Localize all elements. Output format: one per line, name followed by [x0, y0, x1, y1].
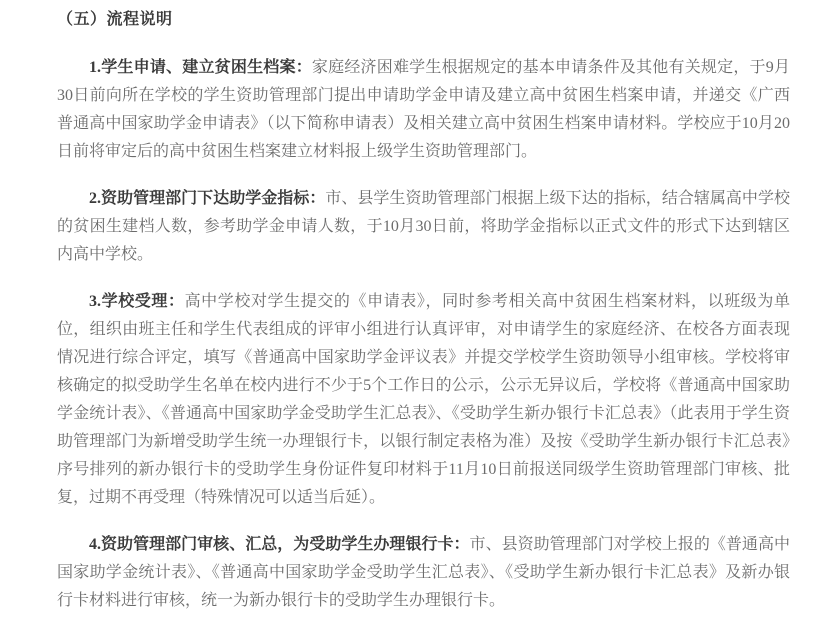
paragraph-step-4: 4.资助管理部门审核、汇总，为受助学生办理银行卡：市、县资助管理部门对学校上报的…	[57, 531, 790, 615]
paragraph-step-1: 1.学生申请、建立贫困生档案：家庭经济困难学生根据规定的基本申请条件及其他有关规…	[57, 54, 790, 166]
step-2-heading: 2.资助管理部门下达助学金指标：	[89, 190, 325, 207]
step-1-heading: 1.学生申请、建立贫困生档案：	[89, 59, 312, 76]
section-title: （五）流程说明	[57, 6, 790, 34]
document-page: （五）流程说明 1.学生申请、建立贫困生档案：家庭经济困难学生根据规定的基本申请…	[0, 0, 825, 619]
step-4-heading: 4.资助管理部门审核、汇总，为受助学生办理银行卡：	[89, 536, 470, 553]
paragraph-step-2: 2.资助管理部门下达助学金指标：市、县学生资助管理部门根据上级下达的指标，结合辖…	[57, 185, 790, 269]
step-3-heading: 3.学校受理：	[89, 293, 185, 310]
paragraph-step-3: 3.学校受理：高中学校对学生提交的《申请表》，同时参考相关高中贫困生档案材料，以…	[57, 288, 790, 512]
step-3-body: 高中学校对学生提交的《申请表》，同时参考相关高中贫困生档案材料，以班级为单位，组…	[57, 293, 790, 506]
